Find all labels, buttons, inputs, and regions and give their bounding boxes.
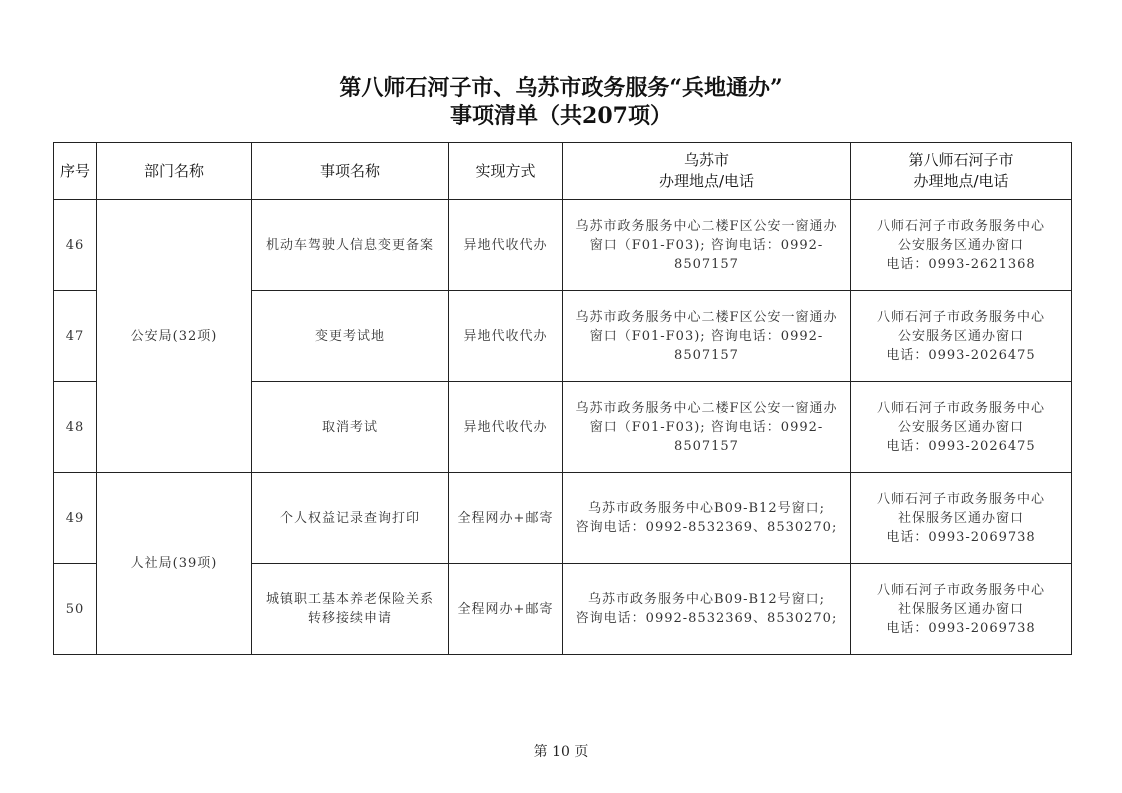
item-name-line: 取消考试 xyxy=(256,418,444,437)
wusu-location-line: 窗口（F01-F03); 咨询电话：0992-8507157 xyxy=(567,236,846,274)
header-department: 部门名称 xyxy=(97,143,252,200)
wusu-location-line: 咨询电话：0992-8532369、8530270; xyxy=(567,609,846,628)
document-title-line1: 第八师石河子市、乌苏市政务服务“兵地通办” xyxy=(0,74,1122,102)
table-row: 46 公安局(32项) 机动车驾驶人信息变更备案 异地代收代办 乌苏市政务服务中… xyxy=(54,200,1072,291)
row-seq: 47 xyxy=(54,291,97,382)
page-number: 第 10 页 xyxy=(0,741,1122,761)
wusu-location-line: 乌苏市政务服务中心B09-B12号窗口; xyxy=(567,590,846,609)
shihezi-location-line: 八师石河子市政务服务中心 xyxy=(855,399,1067,418)
shihezi-location-line: 公安服务区通办窗口 xyxy=(855,327,1067,346)
row-seq: 48 xyxy=(54,382,97,473)
service-items-table: 序号 部门名称 事项名称 实现方式 乌苏市 办理地点/电话 第八师石河子市 办理… xyxy=(53,142,1072,655)
wusu-location: 乌苏市政务服务中心B09-B12号窗口; 咨询电话：0992-8532369、8… xyxy=(563,473,851,564)
shihezi-location: 八师石河子市政务服务中心 社保服务区通办窗口 电话：0993-2069738 xyxy=(851,473,1072,564)
method: 异地代收代办 xyxy=(449,200,563,291)
shihezi-location-line: 电话：0993-2069738 xyxy=(855,619,1067,638)
shihezi-location-line: 八师石河子市政务服务中心 xyxy=(855,217,1067,236)
item-name: 城镇职工基本养老保险关系 转移接续申请 xyxy=(252,564,449,655)
shihezi-location: 八师石河子市政务服务中心 公安服务区通办窗口 电话：0993-2026475 xyxy=(851,291,1072,382)
method: 全程网办+邮寄 xyxy=(449,473,563,564)
item-name-line: 个人权益记录查询打印 xyxy=(256,509,444,528)
item-name-line: 转移接续申请 xyxy=(256,609,444,628)
wusu-location-line: 乌苏市政务服务中心二楼F区公安一窗通办 xyxy=(567,308,846,327)
wusu-location: 乌苏市政务服务中心B09-B12号窗口; 咨询电话：0992-8532369、8… xyxy=(563,564,851,655)
wusu-location-line: 乌苏市政务服务中心B09-B12号窗口; xyxy=(567,499,846,518)
header-method: 实现方式 xyxy=(449,143,563,200)
header-shihezi-location: 第八师石河子市 办理地点/电话 xyxy=(851,143,1072,200)
wusu-location: 乌苏市政务服务中心二楼F区公安一窗通办 窗口（F01-F03); 咨询电话：09… xyxy=(563,200,851,291)
wusu-location-line: 乌苏市政务服务中心二楼F区公安一窗通办 xyxy=(567,217,846,236)
item-name-line: 城镇职工基本养老保险关系 xyxy=(256,590,444,609)
wusu-location-line: 窗口（F01-F03); 咨询电话：0992-8507157 xyxy=(567,327,846,365)
shihezi-location-line: 公安服务区通办窗口 xyxy=(855,418,1067,437)
header-seq: 序号 xyxy=(54,143,97,200)
shihezi-location-line: 社保服务区通办窗口 xyxy=(855,509,1067,528)
department-cell: 公安局(32项) xyxy=(97,200,252,473)
wusu-location: 乌苏市政务服务中心二楼F区公安一窗通办 窗口（F01-F03); 咨询电话：09… xyxy=(563,291,851,382)
shihezi-location-line: 八师石河子市政务服务中心 xyxy=(855,490,1067,509)
wusu-location-line: 窗口（F01-F03); 咨询电话：0992-8507157 xyxy=(567,418,846,456)
method: 异地代收代办 xyxy=(449,291,563,382)
shihezi-location-line: 八师石河子市政务服务中心 xyxy=(855,581,1067,600)
shihezi-location-line: 电话：0993-2069738 xyxy=(855,528,1067,547)
header-wusu-line2: 办理地点/电话 xyxy=(567,171,846,192)
department-cell: 人社局(39项) xyxy=(97,473,252,655)
item-name-line: 机动车驾驶人信息变更备案 xyxy=(256,236,444,255)
shihezi-location: 八师石河子市政务服务中心 公安服务区通办窗口 电话：0993-2621368 xyxy=(851,200,1072,291)
shihezi-location-line: 电话：0993-2026475 xyxy=(855,346,1067,365)
item-name: 机动车驾驶人信息变更备案 xyxy=(252,200,449,291)
shihezi-location-line: 社保服务区通办窗口 xyxy=(855,600,1067,619)
shihezi-location-line: 八师石河子市政务服务中心 xyxy=(855,308,1067,327)
table-row: 49 人社局(39项) 个人权益记录查询打印 全程网办+邮寄 乌苏市政务服务中心… xyxy=(54,473,1072,564)
item-name: 变更考试地 xyxy=(252,291,449,382)
method: 异地代收代办 xyxy=(449,382,563,473)
header-shihezi-line1: 第八师石河子市 xyxy=(855,150,1067,171)
item-name-line: 变更考试地 xyxy=(256,327,444,346)
document-title-line2: 事项清单（共207项） xyxy=(0,102,1122,130)
row-seq: 46 xyxy=(54,200,97,291)
method: 全程网办+邮寄 xyxy=(449,564,563,655)
item-name: 取消考试 xyxy=(252,382,449,473)
row-seq: 50 xyxy=(54,564,97,655)
header-wusu-location: 乌苏市 办理地点/电话 xyxy=(563,143,851,200)
shihezi-location-line: 电话：0993-2026475 xyxy=(855,437,1067,456)
shihezi-location: 八师石河子市政务服务中心 社保服务区通办窗口 电话：0993-2069738 xyxy=(851,564,1072,655)
wusu-location: 乌苏市政务服务中心二楼F区公安一窗通办 窗口（F01-F03); 咨询电话：09… xyxy=(563,382,851,473)
wusu-location-line: 乌苏市政务服务中心二楼F区公安一窗通办 xyxy=(567,399,846,418)
header-item: 事项名称 xyxy=(252,143,449,200)
header-wusu-line1: 乌苏市 xyxy=(567,150,846,171)
shihezi-location-line: 公安服务区通办窗口 xyxy=(855,236,1067,255)
wusu-location-line: 咨询电话：0992-8532369、8530270; xyxy=(567,518,846,537)
header-shihezi-line2: 办理地点/电话 xyxy=(855,171,1067,192)
shihezi-location: 八师石河子市政务服务中心 公安服务区通办窗口 电话：0993-2026475 xyxy=(851,382,1072,473)
table-header-row: 序号 部门名称 事项名称 实现方式 乌苏市 办理地点/电话 第八师石河子市 办理… xyxy=(54,143,1072,200)
shihezi-location-line: 电话：0993-2621368 xyxy=(855,255,1067,274)
item-name: 个人权益记录查询打印 xyxy=(252,473,449,564)
row-seq: 49 xyxy=(54,473,97,564)
